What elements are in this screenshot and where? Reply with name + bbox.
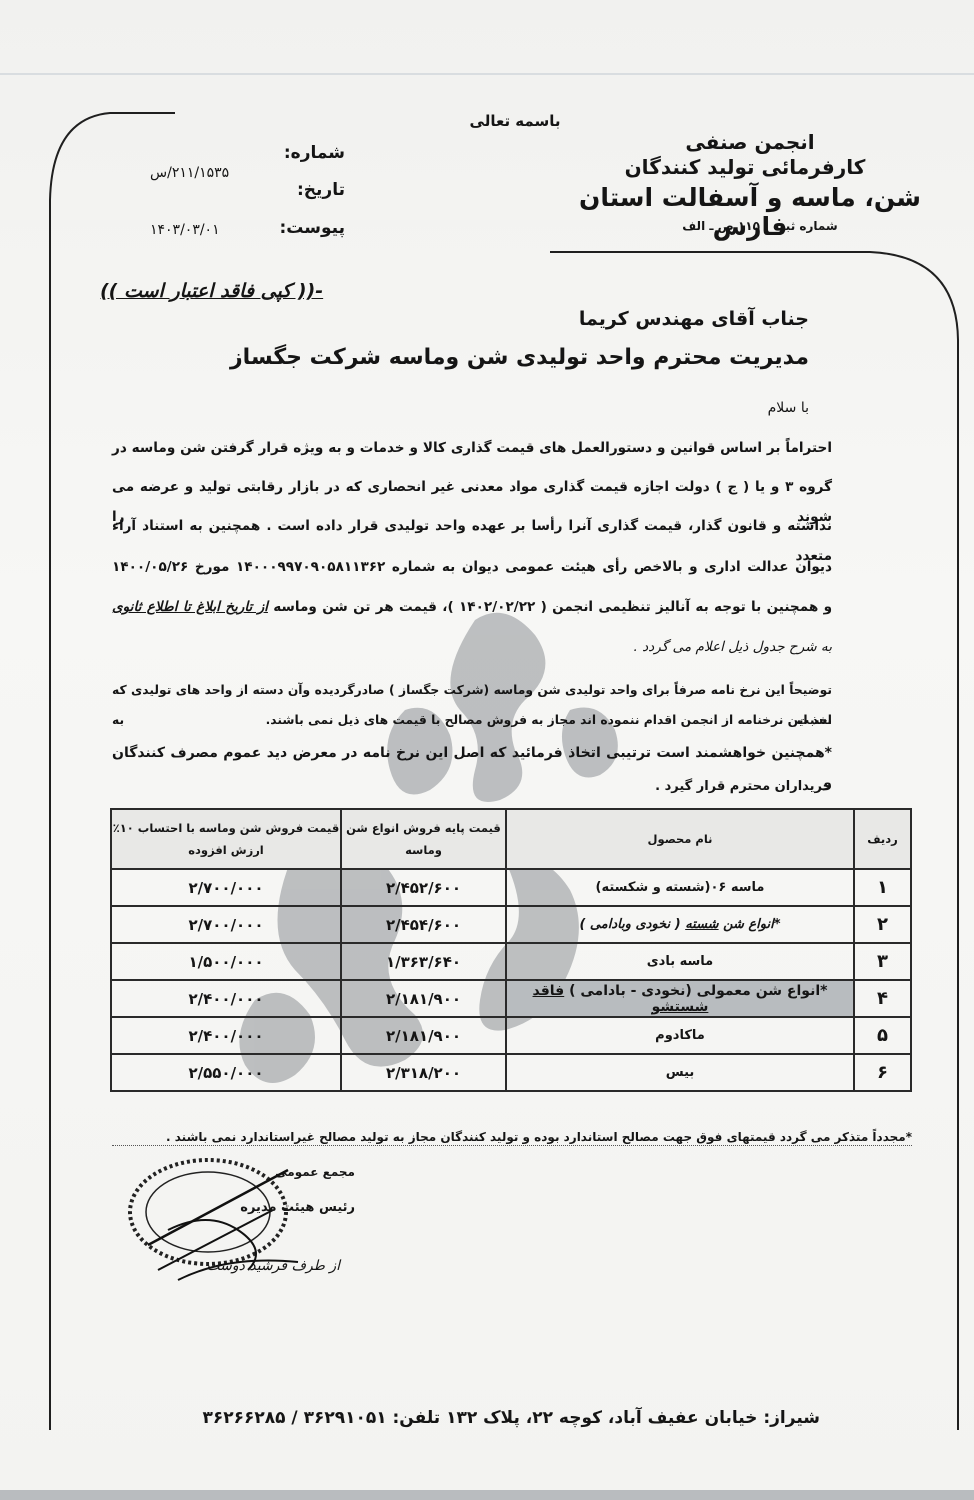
- validity-period: از تاریخ ابلاغ تا اطلاع ثانوی: [112, 599, 268, 615]
- copy-invalid-text: -(( کپی فاقد اعتبار است )): [100, 280, 323, 302]
- org-name-line1: انجمن صنفی: [600, 130, 900, 154]
- sale-price: ۱/۵۰۰/۰۰۰: [111, 943, 341, 980]
- product-name: بیس: [506, 1054, 854, 1091]
- row-number: ۵: [854, 1017, 911, 1054]
- signature-handwritten-name: از طرف فرشید دوست: [180, 1258, 340, 1274]
- scan-artifact-bottom: [0, 1490, 974, 1500]
- row-number: ۱: [854, 869, 911, 906]
- row-number: ۶: [854, 1054, 911, 1091]
- row-number: ۳: [854, 943, 911, 980]
- request-line: خریداران محترم قرار گیرد .: [112, 772, 832, 802]
- product-name: *انواع شن معمولی (نخودی - بادامی ) فاقد …: [506, 980, 854, 1017]
- sale-price: ۲/۵۵۰/۰۰۰: [111, 1054, 341, 1091]
- date-label: تاریخ:: [245, 180, 345, 200]
- base-price: ۲/۴۵۴/۶۰۰: [341, 906, 506, 943]
- sale-price: ۲/۴۰۰/۰۰۰: [111, 1017, 341, 1054]
- number-value: ۲۱۱/۱۵۳۵/س: [150, 165, 260, 181]
- product-name: ماکادوم: [506, 1017, 854, 1054]
- sale-price: ۲/۷۰۰/۰۰۰: [111, 906, 341, 943]
- base-price: ۱/۳۶۳/۶۴۰: [341, 943, 506, 980]
- org-name-line2: کارفرمائی تولید کنندگان: [570, 155, 920, 179]
- table-row: ۴ *انواع شن معمولی (نخودی - بادامی ) فاق…: [111, 980, 911, 1017]
- sale-price: ۲/۴۰۰/۰۰۰: [111, 980, 341, 1017]
- explanation-line: اخذ این نرخنامه از انجمن اقدام ننموده ان…: [112, 705, 832, 735]
- table-row: ۵ ماکادوم ۲/۱۸۱/۹۰۰ ۲/۴۰۰/۰۰۰: [111, 1017, 911, 1054]
- base-price: ۲/۴۵۲/۶۰۰: [341, 869, 506, 906]
- registration-number: شماره ثبت : ۱۱۵ ص ـ الف: [640, 219, 880, 233]
- product-name: ماسه بادی: [506, 943, 854, 980]
- base-price: ۲/۳۱۸/۲۰۰: [341, 1054, 506, 1091]
- body-line: و همچنین با توجه به آنالیز تنظیمی انجمن …: [112, 592, 832, 622]
- signature-org-label: مجمع عمومی: [235, 1165, 355, 1179]
- body-line: دیوان عدالت اداری و بالاخص رأی هیئت عموم…: [112, 552, 832, 582]
- invocation: باسمه تعالی: [455, 112, 575, 130]
- header-base-price: قیمت پایه فروش انواع شن وماسه: [341, 809, 506, 869]
- row-number: ۲: [854, 906, 911, 943]
- copy-invalid-notice: -(( کپی فاقد اعتبار است )): [100, 280, 420, 302]
- product-name-part: *انواع شن: [723, 917, 780, 932]
- number-label: شماره:: [245, 143, 345, 163]
- header-product: نام محصول: [506, 809, 854, 869]
- table-row: ۲ *انواع شن شسته ( نخودی وبادامی ) ۲/۴۵۴…: [111, 906, 911, 943]
- sale-price: ۲/۷۰۰/۰۰۰: [111, 869, 341, 906]
- date-value: ۱۴۰۳/۰۳/۰۱: [150, 222, 260, 238]
- row-number: ۴: [854, 980, 911, 1017]
- recipient-name: جناب آقای مهندس کریما: [309, 308, 809, 330]
- product-name-emphasis: شسته: [685, 917, 718, 932]
- base-price: ۲/۱۸۱/۹۰۰: [341, 980, 506, 1017]
- product-name-part: *انواع شن معمولی (نخودی - بادامی ): [569, 983, 827, 999]
- header-sale-price: قیمت فروش شن وماسه با احتساب ۱۰٪ ارزش اف…: [111, 809, 341, 869]
- product-name: *انواع شن شسته ( نخودی وبادامی ): [506, 906, 854, 943]
- price-table: ردیف نام محصول قیمت پایه فروش انواع شن و…: [110, 808, 912, 1092]
- product-name-part: ( نخودی وبادامی ): [579, 917, 680, 932]
- greeting: با سلام: [609, 400, 809, 416]
- body-line-part: و همچنین با توجه به آنالیز تنظیمی انجمن …: [273, 599, 832, 615]
- standard-materials-footnote: *مجدداً متذکر می گردد قیمتهای فوق جهت مص…: [112, 1130, 912, 1146]
- table-row: ۳ ماسه بادی ۱/۳۶۳/۶۴۰ ۱/۵۰۰/۰۰۰: [111, 943, 911, 980]
- table-row: ۱ ماسه ۰۶(شسته و شکسته) ۲/۴۵۲/۶۰۰ ۲/۷۰۰/…: [111, 869, 911, 906]
- footer-address: شیراز: خیابان عفیف آباد، کوچه ۲۲، پلاک ۱…: [120, 1408, 820, 1428]
- body-line: به شرح جدول ذیل اعلام می گردد .: [112, 632, 832, 662]
- scan-artifact-top: [0, 73, 974, 75]
- body-line: احتراماً بر اساس قوانین و دستورالعمل های…: [112, 433, 832, 463]
- base-price: ۲/۱۸۱/۹۰۰: [341, 1017, 506, 1054]
- table-row: ۶ بیس ۲/۳۱۸/۲۰۰ ۲/۵۵۰/۰۰۰: [111, 1054, 911, 1091]
- product-name: ماسه ۰۶(شسته و شکسته): [506, 869, 854, 906]
- scanned-letter-page: باسمه تعالی انجمن صنفی کارفرمائی تولید ک…: [0, 0, 974, 1500]
- recipient-company: مدیریت محترم واحد تولیدی شن وماسه شرکت ج…: [209, 345, 809, 370]
- table-header-row: ردیف نام محصول قیمت پایه فروش انواع شن و…: [111, 809, 911, 869]
- attachment-label: پیوست:: [245, 218, 345, 238]
- header-row-number: ردیف: [854, 809, 911, 869]
- signature-title: رئیس هیئت مدیره: [235, 1200, 355, 1215]
